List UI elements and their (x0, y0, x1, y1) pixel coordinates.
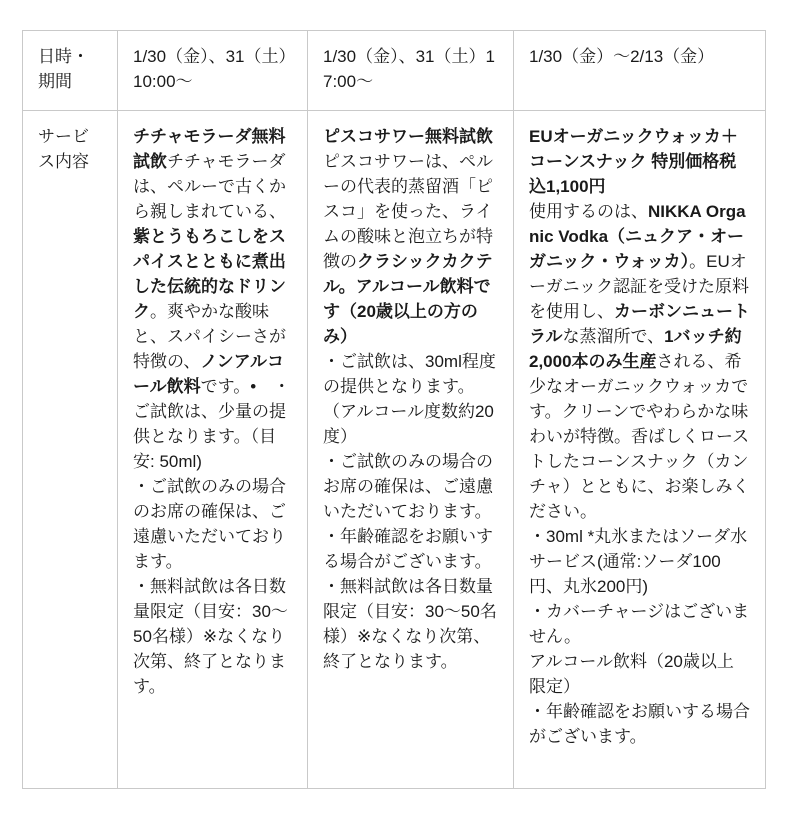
service-cell-event3: EUオーガニックウォッカ＋コーンスナック 特別価格税込1,100円使用するのは、… (514, 111, 766, 789)
event-info-table: 日時・期間 1/30（金）、31（土）10:00〜 1/30（金）、31（土）1… (22, 30, 766, 789)
datetime-cell-event3: 1/30（金）〜2/13（金） (514, 31, 766, 111)
row-header-service: サービス内容 (23, 111, 118, 789)
datetime-cell-event2: 1/30（金）、31（土）17:00〜 (308, 31, 514, 111)
row-service: サービス内容 チチャモラーダ無料試飲チチャモラーダは、ペルーで古くから親しまれて… (23, 111, 766, 789)
row-header-datetime: 日時・期間 (23, 31, 118, 111)
schedule-table-container: 日時・期間 1/30（金）、31（土）10:00〜 1/30（金）、31（土）1… (22, 30, 766, 789)
service-cell-event2: ピスコサワー無料試飲ピスコサワーは、ペルーの代表的蒸留酒「ピスコ」を使った、ライ… (308, 111, 514, 789)
service-cell-event1: チチャモラーダ無料試飲チチャモラーダは、ペルーで古くから親しまれている、紫とうも… (118, 111, 308, 789)
row-datetime: 日時・期間 1/30（金）、31（土）10:00〜 1/30（金）、31（土）1… (23, 31, 766, 111)
datetime-cell-event1: 1/30（金）、31（土）10:00〜 (118, 31, 308, 111)
